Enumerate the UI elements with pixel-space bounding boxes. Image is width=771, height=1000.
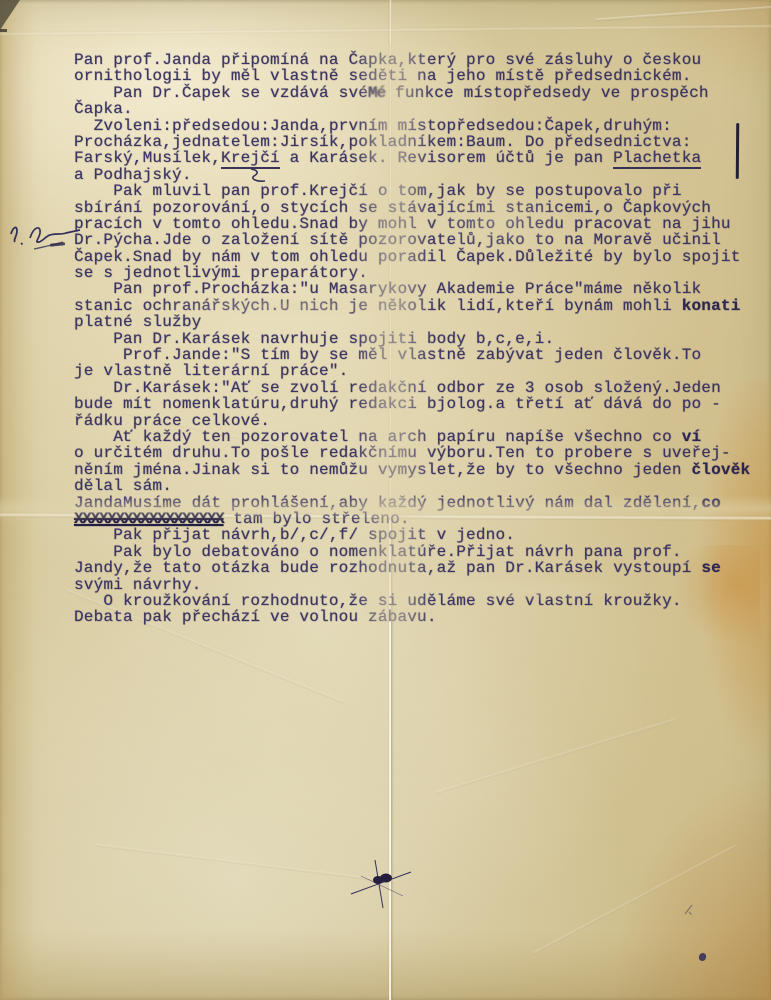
stain-left-edge <box>0 0 36 1000</box>
scanned-page: Pan prof.Janda připomíná na Čapka,který … <box>0 0 771 1000</box>
typed-line: Dr.Pýcha.Jde o založení sítě pozorovatel… <box>74 232 771 248</box>
typed-line: Debata pak přechází ve volnou zábavu. <box>74 609 771 625</box>
typed-line: o určitém druhu.To pošle redakčnímu výbo… <box>74 445 771 461</box>
typed-line: Čapek.Snad by nám v tom ohledu poradil Č… <box>74 249 771 265</box>
faint-pen-mark <box>683 903 695 917</box>
typed-line: Procházka,jednatelem:Jirsík,pokladníkem:… <box>74 134 771 150</box>
typed-line: Jandy,že tato otázka bude rozhodnuta,až … <box>74 560 771 576</box>
typed-line: JandaMusíme dát prohlášení,aby každý jed… <box>74 495 771 511</box>
typed-text: Pan prof.Janda připomíná na Čapka,který … <box>74 52 771 626</box>
typed-line: dělal sám. <box>74 478 771 494</box>
typed-line: Ať každý ten pozorovatel na arch papíru … <box>74 429 771 445</box>
typed-line: Pak bylo debatováno o nomenklatúře.Přija… <box>74 544 771 560</box>
typed-line: se s jednotlivými preparátory. <box>74 265 771 281</box>
typed-line: svými návrhy. <box>74 577 771 593</box>
typed-line: něním jména.Jinak si to nemůžu vymyslet,… <box>74 462 771 478</box>
typed-line: ornithologii by měl vlastně seděti na je… <box>74 68 771 84</box>
typed-line: Čapka. <box>74 101 771 117</box>
typed-line: O kroužkování rozhodnuto,že si uděláme s… <box>74 593 771 609</box>
typed-line: Pak mluvil pan prof.Krejčí o tom,jak by … <box>74 183 771 199</box>
typed-line: Pan Dr.Čapek se vzdává svéMé funkce míst… <box>74 85 771 101</box>
typed-line: XXXXXXXXXXXXXXXXXX tam bylo střeleno. <box>74 511 771 527</box>
stain-bottom-edge <box>0 930 771 1000</box>
typed-line: Zvoleni:předsedou:Janda,prvním místopřed… <box>74 118 771 134</box>
typed-line: platné služby <box>74 314 771 330</box>
typed-line: Dr.Karásek:"Ať se zvolí redakční odbor z… <box>74 380 771 396</box>
typed-line: Farský,Musílek,Krejčí a Karásek. Revisor… <box>74 150 771 166</box>
margin-emphasis-line <box>736 123 739 179</box>
scan-edge-mark <box>0 29 7 32</box>
typed-line: je vlastně literární práce". <box>74 363 771 379</box>
typed-line: a Podhajský. <box>74 167 771 183</box>
typed-line: stanic ochranářských.U nich je několik l… <box>74 298 771 314</box>
handwritten-margin-scribble <box>4 218 88 266</box>
typed-line: pracích v tomto ohledu.Snad by mohl v to… <box>74 216 771 232</box>
krejci-underline-squiggle <box>246 166 268 184</box>
typed-line: Prof.Jande:"S tím by se měl vlastně zabý… <box>74 347 771 363</box>
typed-line: Pan prof.Procházka:"u Masarykovy Akademi… <box>74 281 771 297</box>
typed-line: Pan Dr.Karásek navrhuje spojiti body b,c… <box>74 331 771 347</box>
typed-line: sbírání pozorování,o stycích se stávajíc… <box>74 200 771 216</box>
typed-line: řádku práce celkové. <box>74 413 771 429</box>
typed-line: Pak přijat návrh,b/,c/,f/ spojit v jedno… <box>74 527 771 543</box>
ink-blot <box>345 856 415 912</box>
typed-line: Pan prof.Janda připomíná na Čapka,který … <box>74 52 771 68</box>
typed-line: bude mít nomenklatúru,druhý redakci bjol… <box>74 396 771 412</box>
